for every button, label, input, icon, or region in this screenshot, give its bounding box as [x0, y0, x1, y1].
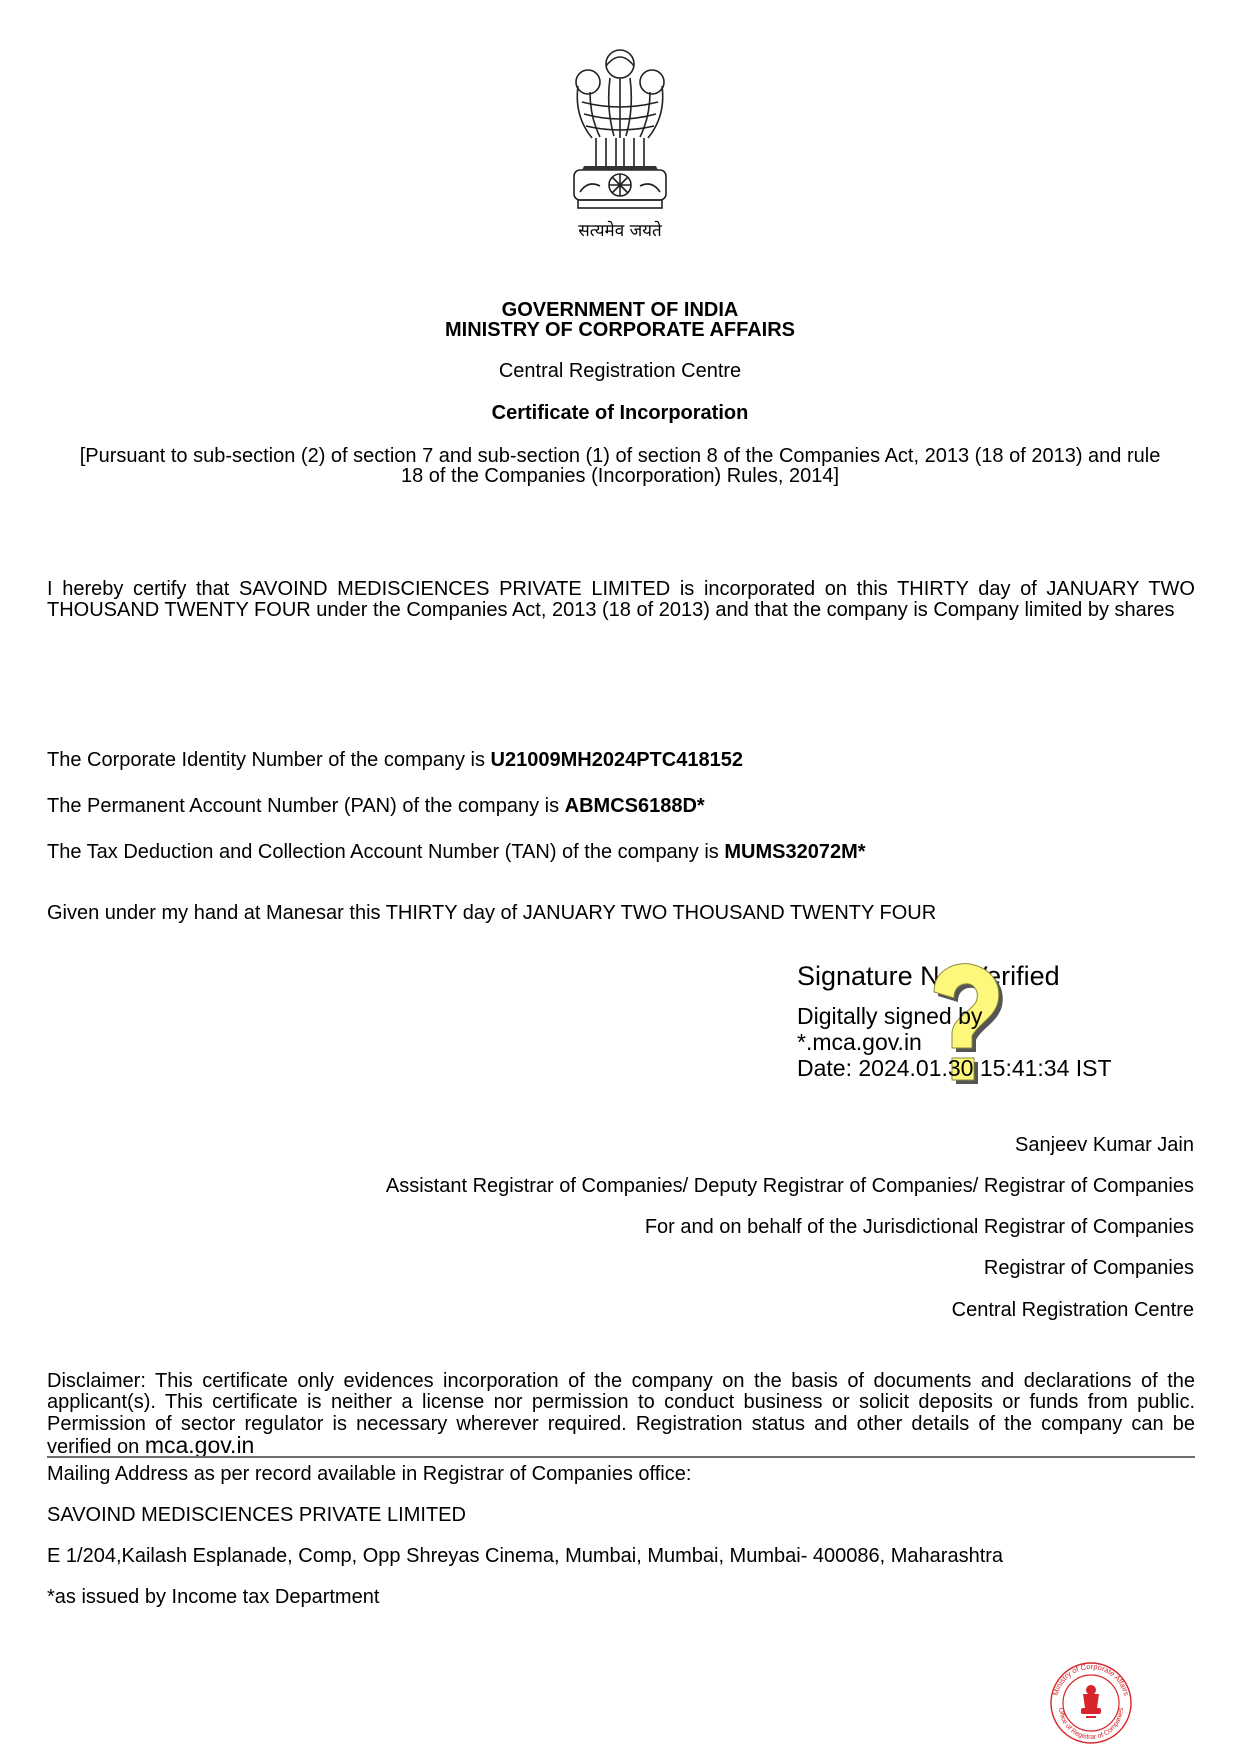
pan-label: The Permanent Account Number (PAN) of th…: [47, 795, 565, 817]
emblem-motto: सत्यमेव जयते: [560, 220, 680, 242]
registrar-centre: Central Registration Centre: [952, 1300, 1194, 1320]
footnote: *as issued by Income tax Department: [47, 1587, 379, 1607]
mailing-company: SAVOIND MEDISCIENCES PRIVATE LIMITED: [47, 1505, 466, 1525]
tan-value: MUMS32072M*: [724, 841, 865, 863]
header-government: GOVERNMENT OF INDIA: [0, 300, 1240, 320]
page-title: Certificate of Incorporation: [0, 403, 1240, 423]
cin-label: The Corporate Identity Number of the com…: [47, 749, 491, 771]
signed-by-label: Digitally signed by: [797, 1003, 982, 1029]
mca-link[interactable]: mca.gov.in: [145, 1432, 255, 1458]
mailing-label: Mailing Address as per record available …: [47, 1464, 691, 1484]
registrar-behalf: For and on behalf of the Jurisdictional …: [645, 1217, 1194, 1237]
signer: *.mca.gov.in: [797, 1029, 922, 1055]
cin-value: U21009MH2024PTC418152: [491, 749, 743, 771]
pursuant-line-2: 18 of the Companies (Incorporation) Rule…: [0, 466, 1240, 486]
cin-line: The Corporate Identity Number of the com…: [47, 750, 743, 770]
registrar-designation: Assistant Registrar of Companies/ Deputy…: [386, 1176, 1194, 1196]
national-emblem-icon: [560, 42, 680, 222]
pan-value: ABMCS6188D*: [565, 795, 705, 817]
registrar-name: Sanjeev Kumar Jain: [1015, 1135, 1194, 1155]
header-ministry: MINISTRY OF CORPORATE AFFAIRS: [0, 320, 1240, 340]
tan-label: The Tax Deduction and Collection Account…: [47, 841, 724, 863]
disclaimer: Disclaimer: This certificate only eviden…: [47, 1371, 1195, 1458]
ministry-seal-icon: Ministry of Corporate Affairs Office of …: [1048, 1660, 1134, 1746]
header-office: Central Registration Centre: [0, 361, 1240, 381]
national-emblem: सत्यमेव जयते: [560, 42, 680, 257]
tan-line: The Tax Deduction and Collection Account…: [47, 842, 866, 862]
registrar-office: Registrar of Companies: [984, 1258, 1194, 1278]
divider: [47, 1456, 1195, 1458]
pan-line: The Permanent Account Number (PAN) of th…: [47, 796, 705, 816]
mailing-address: E 1/204,Kailash Esplanade, Comp, Opp Shr…: [47, 1546, 1003, 1566]
pursuant-line-1: [Pursuant to sub-section (2) of section …: [0, 446, 1240, 466]
given-under-hand: Given under my hand at Manesar this THIR…: [47, 903, 936, 923]
signature-date: Date: 2024.01.30 15:41:34 IST: [797, 1055, 1112, 1081]
certification-text: I hereby certify that SAVOIND MEDISCIENC…: [47, 579, 1195, 620]
